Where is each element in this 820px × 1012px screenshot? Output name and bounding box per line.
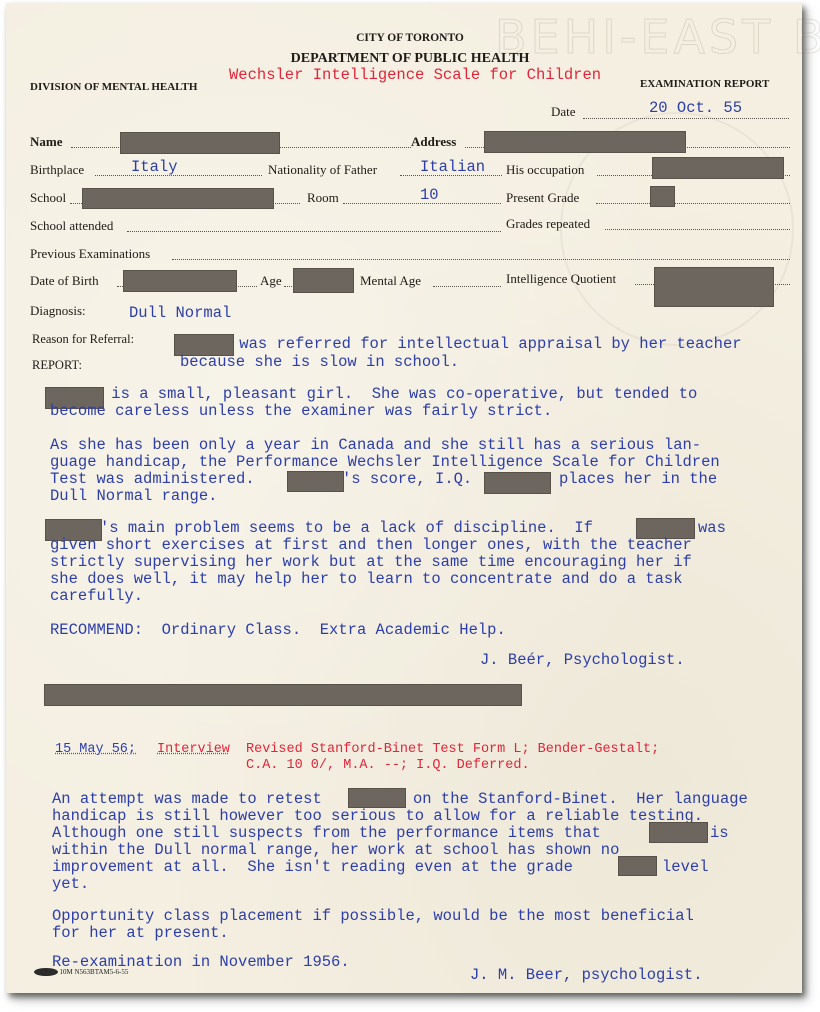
birthplace-dotline	[95, 175, 262, 176]
report-p1-line-2: become careless unless the examiner was …	[50, 403, 552, 420]
iq-redaction	[654, 267, 774, 307]
mental-age-dotline	[433, 286, 501, 287]
grades-repeated-dotline	[605, 229, 790, 230]
date-dotline	[583, 118, 789, 119]
occupation-label: His occupation	[506, 162, 584, 178]
previous-exams-dotline	[172, 259, 790, 260]
report-label: REPORT:	[32, 358, 82, 373]
date-label: Date	[551, 104, 576, 120]
report-p2-line-4: Dull Normal range.	[50, 488, 217, 505]
age-label: Age	[260, 273, 282, 289]
dob-label: Date of Birth	[30, 273, 99, 289]
print-code: 10M N563BTAM5-6-55	[30, 960, 128, 976]
name-redaction	[120, 132, 280, 154]
report-p3-line-1a: 's main problem seems to be a lack of di…	[100, 520, 593, 537]
report-p3-line-1b: was	[698, 520, 726, 537]
report-type-heading: EXAMINATION REPORT	[640, 78, 769, 90]
report-p2-line-2: guage handicap, the Performance Wechsler…	[50, 454, 720, 471]
followup-p1-line-1b: on the Stanford-Binet. Her language	[413, 791, 748, 808]
followup-p1-line-5b: level	[662, 859, 709, 876]
referral-line-1: was referred for intellectual appraisal …	[230, 336, 742, 353]
occupation-redaction	[652, 157, 784, 179]
diagnosis-value[interactable]: Dull Normal	[129, 304, 231, 322]
followup-p1-line-4: within the Dull normal range, her work a…	[52, 842, 619, 859]
city-heading: CITY OF TORONTO	[0, 32, 820, 44]
report-p2-line-3c: places her in the	[559, 471, 717, 488]
followup-p2-line-2: for her at present.	[52, 925, 229, 942]
followup-grade-redaction	[618, 856, 657, 876]
dob-redaction	[123, 270, 237, 292]
followup-p1-line-2: handicap is still however too serious to…	[52, 808, 703, 825]
school-redaction	[82, 188, 274, 209]
mental-age-label: Mental Age	[360, 273, 421, 289]
address-label: Address	[411, 134, 456, 150]
followup-p1-line-5a: improvement at all. She isn't reading ev…	[52, 859, 573, 876]
followup-type: Interview	[157, 741, 230, 758]
department-heading: DEPARTMENT OF PUBLIC HEALTH	[0, 51, 820, 67]
birthplace-label: Birthplace	[30, 162, 84, 178]
followup-p1-line-6: yet.	[52, 876, 89, 893]
report-p2-line-3b: 's score, I.Q.	[342, 471, 472, 488]
print-code-text: 10M N563BTAM5-6-55	[60, 968, 129, 976]
test-title: Wechsler Intelligence Scale for Children	[229, 66, 601, 84]
report-p2-line-1: As she has been only a year in Canada an…	[50, 437, 701, 454]
signature-1: J. Beér, Psychologist.	[480, 652, 685, 669]
address-redaction	[484, 131, 686, 153]
followup-name-redaction	[348, 788, 406, 808]
school-attended-dotline	[127, 231, 501, 232]
room-label: Room	[307, 190, 339, 206]
father-nationality-value[interactable]: Italian	[420, 158, 485, 176]
date-value[interactable]: 20 Oct. 55	[649, 99, 742, 117]
grade-redaction	[650, 186, 675, 207]
followup-name-redaction-2	[649, 822, 708, 843]
signature-2: J. M. Beer, psychologist.	[470, 967, 703, 984]
followup-p1-line-3a: Although one still suspects from the per…	[52, 825, 601, 842]
division-heading: DIVISION OF MENTAL HEALTH	[30, 81, 197, 93]
report-p3-line-4: she does well, it may help her to learn …	[50, 571, 683, 588]
room-value[interactable]: 10	[420, 186, 439, 204]
name-label: Name	[30, 134, 63, 150]
iq-label: Intelligence Quotient	[506, 271, 616, 287]
father-nationality-label: Nationality of Father	[268, 162, 377, 178]
report-p3-line-3: strictly supervising her work but at the…	[50, 554, 692, 571]
grade-label: Present Grade	[506, 190, 579, 206]
union-label-icon	[34, 968, 58, 976]
age-redaction	[293, 268, 354, 293]
previous-exams-label: Previous Examinations	[30, 246, 150, 262]
birthplace-value[interactable]: Italy	[131, 158, 178, 176]
grade-dotline	[596, 203, 790, 204]
report-p3-line-5: carefully.	[50, 588, 143, 605]
redaction-bar	[44, 684, 522, 706]
recommendation: RECOMMEND: Ordinary Class. Extra Academi…	[50, 622, 506, 639]
diagnosis-label: Diagnosis:	[30, 303, 86, 319]
grades-repeated-label: Grades repeated	[506, 216, 590, 232]
report-p1-line-1: is a small, pleasant girl. She was co-op…	[102, 386, 697, 403]
followup-p2-line-1: Opportunity class placement if possible,…	[52, 908, 694, 925]
followup-tests-line-2: C.A. 10 0/, M.A. --; I.Q. Deferred.	[246, 757, 530, 774]
school-label: School	[30, 190, 66, 206]
followup-p1-line-3b: is	[710, 825, 729, 842]
report-p2-line-3a: Test was administered.	[50, 471, 255, 488]
school-attended-label: School attended	[30, 218, 113, 234]
referral-line-2: because she is slow in school.	[180, 354, 459, 371]
referral-label: Reason for Referral:	[32, 332, 134, 347]
p2-iq-redaction	[484, 472, 551, 494]
report-p3-line-2: given short exercises at first and then …	[50, 537, 692, 554]
p2-name-redaction	[287, 471, 344, 492]
followup-p1-line-1a: An attempt was made to retest	[52, 791, 322, 808]
followup-date: 15 May 56;	[55, 741, 136, 758]
followup-tests-line-1: Revised Stanford-Binet Test Form L; Bend…	[246, 741, 659, 758]
